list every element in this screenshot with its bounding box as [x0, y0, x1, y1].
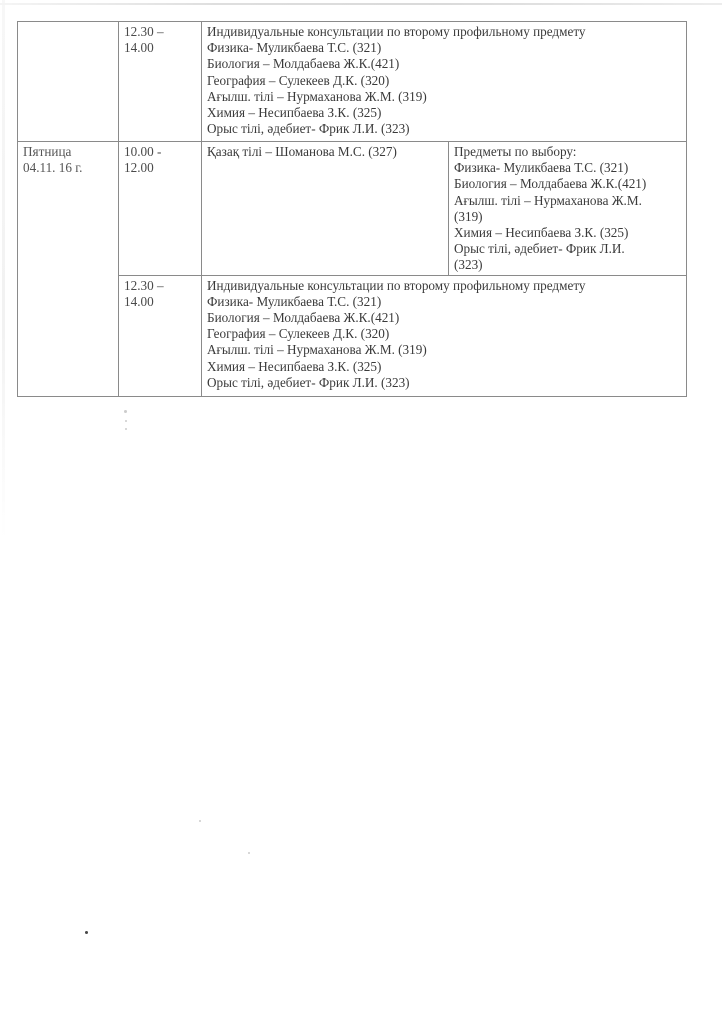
schedule-table: 12.30 – 14.00 Индивидуальные консультаци…	[17, 21, 687, 397]
consultation-entry: Химия – Несипбаева З.К. (325)	[207, 105, 681, 121]
table-row: 12.30 – 14.00 Индивидуальные консультаци…	[18, 275, 687, 396]
day-name: Пятница	[23, 144, 113, 160]
time-end: 14.00	[124, 294, 196, 310]
time-cell: 10.00 - 12.00	[119, 142, 202, 276]
main-subject-cell: Қазақ тілі – Шоманова М.С. (327)	[202, 142, 449, 276]
consultation-entry: Химия – Несипбаева З.К. (325)	[207, 359, 681, 375]
time-end: 12.00	[124, 160, 196, 176]
scan-speck	[85, 931, 88, 934]
consultation-cell: Индивидуальные консультации по второму п…	[202, 275, 687, 396]
consultation-entry: Биология – Молдабаева Ж.К.(421)	[207, 56, 681, 72]
time-start: 12.30 –	[124, 24, 196, 40]
scan-speck	[125, 428, 127, 430]
day-cell	[18, 22, 119, 142]
day-cell: Пятница 04.11. 16 г.	[18, 142, 119, 397]
scan-speck	[199, 820, 201, 822]
consultation-entry: Физика- Муликбаева Т.С. (321)	[207, 294, 681, 310]
time-cell: 12.30 – 14.00	[119, 22, 202, 142]
consultation-title: Индивидуальные консультации по второму п…	[207, 278, 681, 294]
time-cell: 12.30 – 14.00	[119, 275, 202, 396]
time-start: 10.00 -	[124, 144, 196, 160]
consultation-title: Индивидуальные консультации по второму п…	[207, 24, 681, 40]
consultation-entry: Орыс тілі, әдебиет- Фрик Л.И. (323)	[207, 121, 681, 137]
time-end: 14.00	[124, 40, 196, 56]
scan-edge-top	[0, 3, 722, 5]
consultation-entry: Ағылш. тілі – Нурмаханова Ж.М. (319)	[207, 89, 681, 105]
consultation-entry: Биология – Молдабаева Ж.К.(421)	[207, 310, 681, 326]
elective-entry: Химия – Несипбаева З.К. (325)	[454, 225, 681, 241]
table-row: 12.30 – 14.00 Индивидуальные консультаци…	[18, 22, 687, 142]
scan-speck	[125, 420, 127, 422]
main-subject: Қазақ тілі – Шоманова М.С. (327)	[207, 144, 443, 160]
elective-entry: Орыс тілі, әдебиет- Фрик Л.И.	[454, 241, 681, 257]
elective-cell: Предметы по выбору: Физика- Муликбаева Т…	[449, 142, 687, 276]
consultation-entry: Орыс тілі, әдебиет- Фрик Л.И. (323)	[207, 375, 681, 391]
consultation-entry: Физика- Муликбаева Т.С. (321)	[207, 40, 681, 56]
elective-entry: Физика- Муликбаева Т.С. (321)	[454, 160, 681, 176]
consultation-entry: География – Сулекеев Д.К. (320)	[207, 326, 681, 342]
consultation-entry: География – Сулекеев Д.К. (320)	[207, 73, 681, 89]
table-row: Пятница 04.11. 16 г. 10.00 - 12.00 Қазақ…	[18, 142, 687, 276]
elective-title: Предметы по выбору:	[454, 144, 681, 160]
consultation-entry: Ағылш. тілі – Нурмаханова Ж.М. (319)	[207, 342, 681, 358]
day-date: 04.11. 16 г.	[23, 160, 113, 176]
scan-speck	[124, 410, 127, 413]
scan-speck	[248, 852, 250, 854]
scan-edge-left	[2, 0, 5, 540]
elective-entry: (319)	[454, 209, 681, 225]
elective-entry: Ағылш. тілі – Нурмаханова Ж.М.	[454, 193, 681, 209]
time-start: 12.30 –	[124, 278, 196, 294]
elective-entry: Биология – Молдабаева Ж.К.(421)	[454, 176, 681, 192]
elective-entry: (323)	[454, 257, 681, 273]
consultation-cell: Индивидуальные консультации по второму п…	[202, 22, 687, 142]
